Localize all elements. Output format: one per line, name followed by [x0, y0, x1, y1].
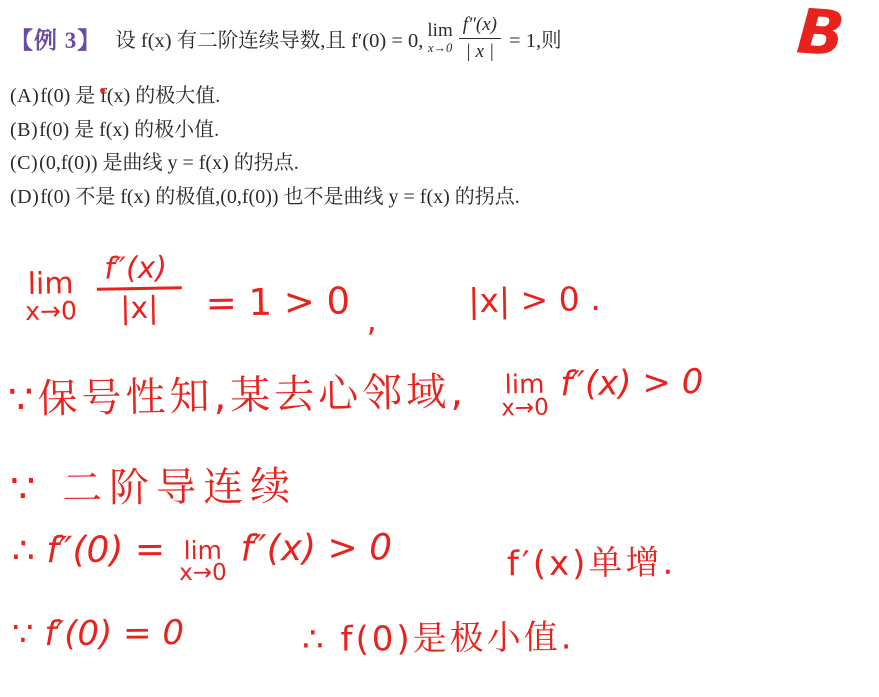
option-c-text: (0,f(0)) 是曲线 y = f(x) 的拐点. — [39, 152, 299, 174]
option-row-c: (C)(0,f(0)) 是曲线 y = f(x) 的拐点. — [10, 147, 879, 181]
handwritten-line-continuity: ∵ 二阶导连续 — [10, 455, 298, 515]
option-b-label: (B) — [10, 119, 38, 141]
problem-statement-line: 【例 3】 设 f(x) 有二阶连续导数,且 f′(0) = 0, lim x→… — [0, 0, 879, 66]
hw-f-double-prime-equals: ∴ f″(0) = — [12, 529, 165, 571]
hw-equals-one-positive: = 1 > 0 — [205, 279, 350, 325]
option-row-a: (A)f(0) 是 f(x) 的极大值. — [10, 80, 879, 114]
option-d-text: f(0) 不是 f(x) 的极值,(0,f(0)) 也不是曲线 y = f(x)… — [40, 186, 520, 208]
hw-f-prime-zero-equals-zero: ∵ f′(0) = 0 — [12, 613, 184, 654]
option-d-label: (D) — [10, 186, 39, 208]
hw-lim-subscript-2: x→0 — [501, 397, 549, 420]
stray-ink-dot — [100, 88, 105, 93]
print-fraction-denominator: | x | — [466, 39, 494, 63]
problem-tail-text: = 1,则 — [509, 23, 562, 53]
hw-fraction-denominator: |x| — [120, 289, 159, 324]
handwritten-line-conclusion: ∵ f′(0) = 0 ∴ f(0)是极小值. — [12, 610, 575, 664]
option-list: (A)f(0) 是 f(x) 的极大值. (B)f(0) 是 f(x) 的极小值… — [10, 80, 879, 214]
hw-second-derivative-positive: f″(x) > 0 — [560, 362, 704, 404]
option-row-d: (D)f(0) 不是 f(x) 的极值,(0,f(0)) 也不是曲线 y = f… — [10, 181, 879, 215]
option-a-label: (A) — [10, 85, 39, 107]
print-fraction-numerator: f″(x) — [459, 14, 501, 39]
hw-fraction: f″(x) |x| — [96, 252, 182, 324]
hw-lim-subscript-4: x→0 — [179, 562, 227, 584]
hw-limit-value-positive: f″(x) > 0 — [240, 527, 392, 569]
print-limit-operator: lim x→0 — [427, 21, 452, 55]
hw-lim-label: lim — [27, 270, 73, 299]
option-row-b: (B)f(0) 是 f(x) 的极小值. — [10, 114, 879, 148]
hw-abs-x-positive: |x| > 0 . — [468, 279, 601, 320]
option-a-text: f(0) 是 f(x) 的极大值. — [40, 85, 220, 107]
handwritten-answer-mark: B — [795, 0, 846, 65]
textbook-page: 【例 3】 设 f(x) 有二阶连续导数,且 f′(0) = 0, lim x→… — [0, 0, 879, 214]
print-lim-label: lim — [427, 21, 452, 40]
print-fraction: f″(x) | x | — [459, 14, 501, 63]
hw-lim-subscript: x→0 — [25, 299, 77, 324]
handwritten-line-sign-preservation: ∵保号性知,某去心邻域, lim x→0 f″(x) > 0 — [8, 356, 704, 429]
hw-limit-operator-2: lim x→0 — [501, 373, 549, 420]
print-lim-subscript: x→0 — [428, 42, 452, 55]
hw-f-prime-increasing: f′(x)单增. — [507, 535, 677, 585]
hw-minimum-conclusion: ∴ f(0)是极小值. — [302, 610, 575, 661]
problem-lead-text: 设 f(x) 有二阶连续导数,且 f′(0) = 0, — [115, 23, 423, 53]
hw-limit-operator: lim x→0 — [25, 270, 78, 323]
example-tag: 【例 3】 — [10, 22, 101, 55]
handwritten-line-limit: lim x→0 f″(x) |x| = 1 > 0 , |x| > 0 . — [24, 245, 601, 345]
handwritten-line-f-double-prime-zero: ∴ f″(0) = lim x→0 f″(x) > 0 f′(x)单增. — [12, 523, 832, 586]
hw-limit-operator-4: lim x→0 — [179, 539, 227, 585]
option-b-text: f(0) 是 f(x) 的极小值. — [39, 119, 219, 141]
hw-fraction-numerator: f″(x) — [96, 252, 182, 290]
hw-sign-preservation-text: ∵保号性知,某去心邻域, — [8, 360, 468, 425]
option-c-label: (C) — [10, 152, 38, 174]
hw-comma: , — [366, 301, 377, 339]
